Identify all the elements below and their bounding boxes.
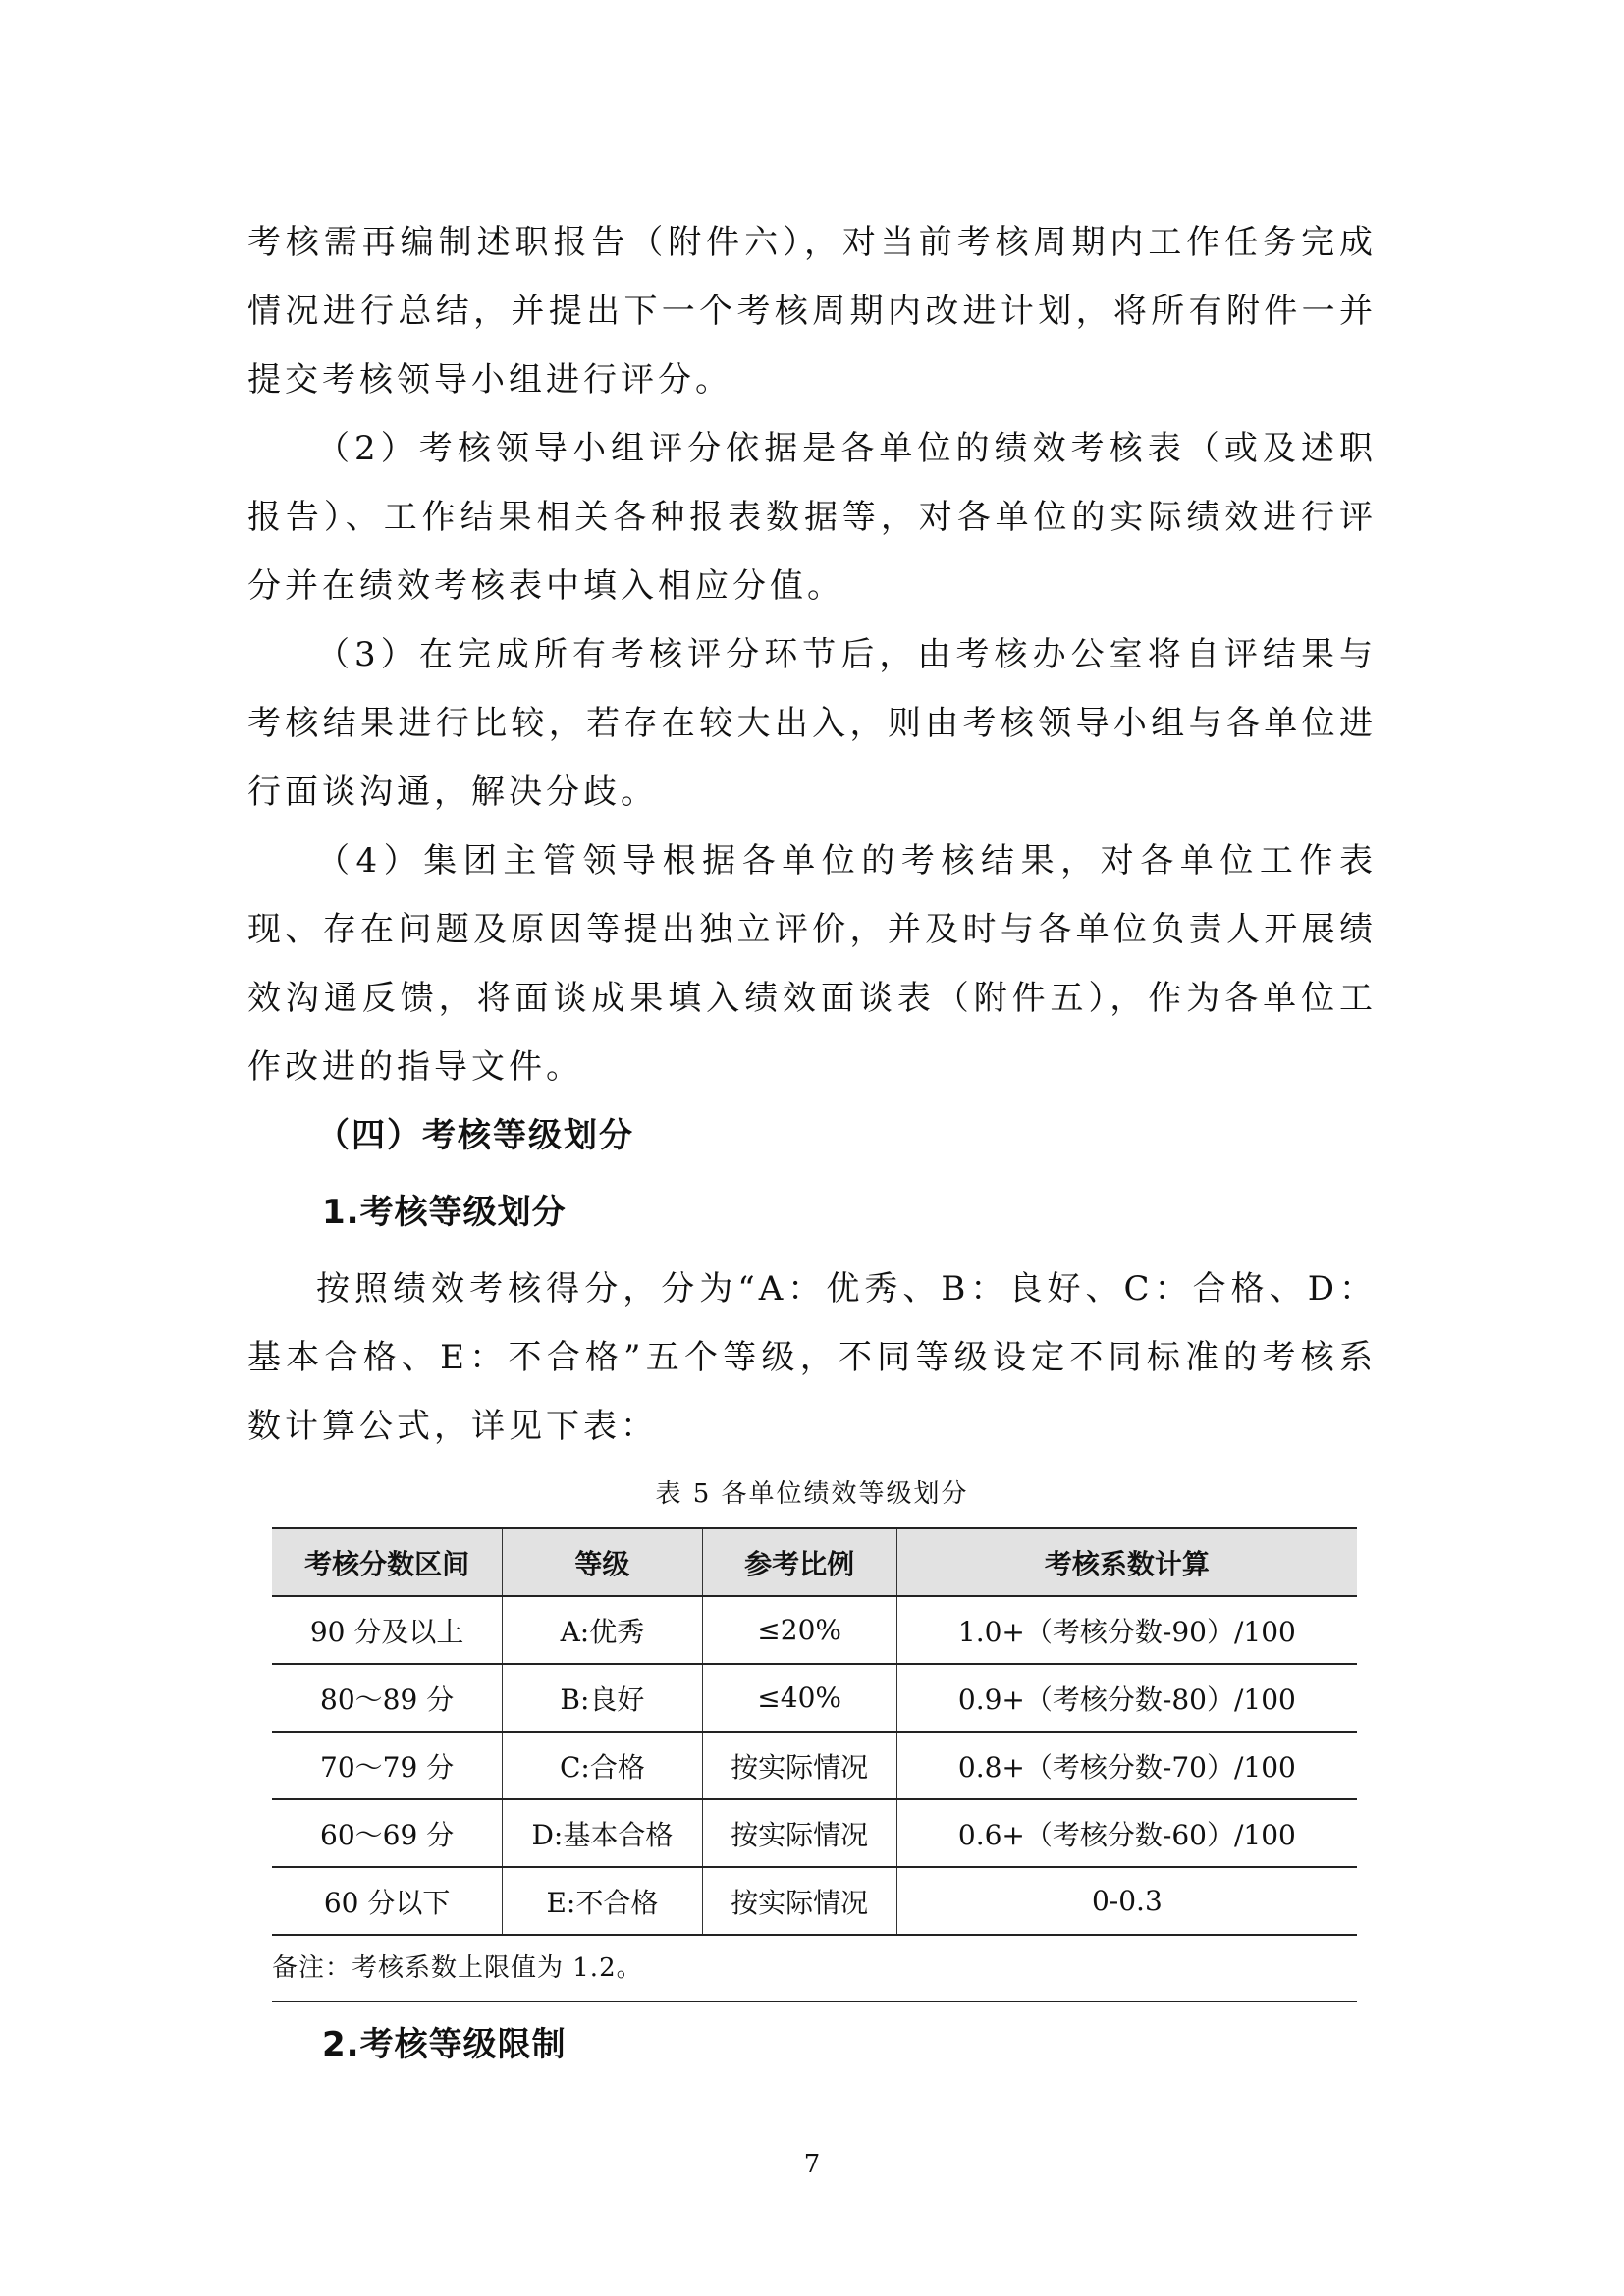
cell-grade: B:良好 [503,1664,702,1732]
table-row: 60 分以下 E:不合格 按实际情况 0-0.3 [272,1867,1357,1935]
cell-grade: A:优秀 [503,1596,702,1664]
sub-heading-2: 2.考核等级限制 [247,2002,1377,2087]
section-heading: （四）考核等级划分 [247,1101,1377,1170]
document-page: 考核需再编制述职报告（附件六），对当前考核周期内工作任务完成情况进行总结，并提出… [247,208,1377,2087]
table-row: 90 分及以上 A:优秀 ≤20% 1.0+（考核分数-90）/100 [272,1596,1357,1664]
paragraph-5: 按照绩效考核得分，分为“A：优秀、B：良好、C：合格、D：基本合格、E：不合格”… [247,1255,1377,1461]
cell-score-range: 80～89 分 [272,1664,503,1732]
paragraph-4: （4）集团主管领导根据各单位的考核结果，对各单位工作表现、存在问题及原因等提出独… [247,827,1377,1101]
cell-score-range: 90 分及以上 [272,1596,503,1664]
cell-ratio: 按实际情况 [702,1799,896,1867]
paragraph-continued: 考核需再编制述职报告（附件六），对当前考核周期内工作任务完成情况进行总结，并提出… [247,208,1377,414]
paragraph-2: （2）考核领导小组评分依据是各单位的绩效考核表（或及述职报告）、工作结果相关各种… [247,414,1377,620]
header-ratio: 参考比例 [702,1528,896,1596]
cell-ratio: 按实际情况 [702,1732,896,1799]
cell-ratio: ≤40% [702,1664,896,1732]
table-row: 80～89 分 B:良好 ≤40% 0.9+（考核分数-80）/100 [272,1664,1357,1732]
cell-grade: E:不合格 [503,1867,702,1935]
cell-coefficient: 0-0.3 [896,1867,1357,1935]
cell-coefficient: 0.8+（考核分数-70）/100 [896,1732,1357,1799]
cell-coefficient: 1.0+（考核分数-90）/100 [896,1596,1357,1664]
cell-score-range: 60 分以下 [272,1867,503,1935]
table-row: 60～69 分 D:基本合格 按实际情况 0.6+（考核分数-60）/100 [272,1799,1357,1867]
cell-coefficient: 0.6+（考核分数-60）/100 [896,1799,1357,1867]
cell-score-range: 60～69 分 [272,1799,503,1867]
cell-ratio: 按实际情况 [702,1867,896,1935]
paragraph-3: （3）在完成所有考核评分环节后，由考核办公室将自评结果与考核结果进行比较，若存在… [247,620,1377,827]
header-coefficient: 考核系数计算 [896,1528,1357,1596]
grade-table: 考核分数区间 等级 参考比例 考核系数计算 90 分及以上 A:优秀 ≤20% … [272,1527,1357,1936]
table-caption: 表 5 各单位绩效等级划分 [247,1474,1377,1514]
cell-grade: D:基本合格 [503,1799,702,1867]
cell-ratio: ≤20% [702,1596,896,1664]
header-grade: 等级 [503,1528,702,1596]
cell-coefficient: 0.9+（考核分数-80）/100 [896,1664,1357,1732]
table-note: 备注：考核系数上限值为 1.2。 [272,1936,1357,2002]
cell-score-range: 70～79 分 [272,1732,503,1799]
header-score-range: 考核分数区间 [272,1528,503,1596]
table-row: 70～79 分 C:合格 按实际情况 0.8+（考核分数-70）/100 [272,1732,1357,1799]
sub-heading-1: 1.考核等级划分 [247,1170,1377,1255]
page-number: 7 [0,2150,1624,2179]
table-header-row: 考核分数区间 等级 参考比例 考核系数计算 [272,1528,1357,1596]
cell-grade: C:合格 [503,1732,702,1799]
